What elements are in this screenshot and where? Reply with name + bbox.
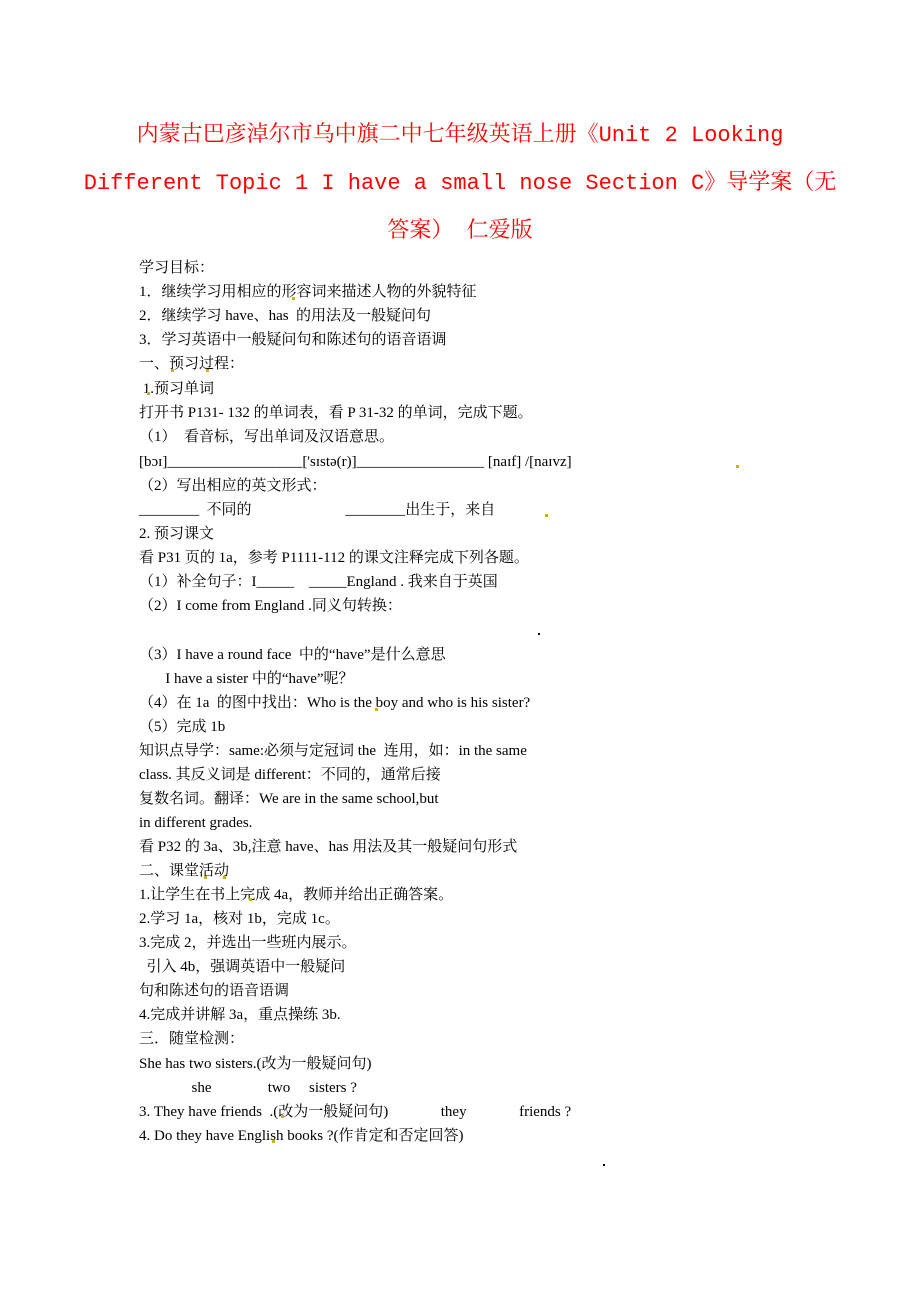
question-2: （2）I come from England .同义句转换： xyxy=(139,594,402,618)
section-2-heading: 二、课堂活动 xyxy=(139,859,229,883)
phonetics-line: [bɔɪ]__________________['sɪstə(r)]______… xyxy=(139,450,572,474)
activity-2: 2.学习 1a，核对 1b，完成 1c。 xyxy=(139,907,340,931)
knowledge-line-3: 复数名词。翻译：We are in the same school,but xyxy=(139,787,439,811)
activity-3c: 句和陈述句的语音语调 xyxy=(139,979,289,1003)
question-5: （5）完成 1b xyxy=(139,715,225,739)
artifact-dot xyxy=(603,1164,605,1166)
artifact-dot xyxy=(545,514,548,517)
knowledge-line-1: 知识点导学：same:必须与定冠词 the 连用，如：in the same xyxy=(139,739,527,763)
artifact-dot xyxy=(206,369,209,372)
artifact-dot xyxy=(292,297,295,300)
objective-1: 1．继续学习用相应的形容词来描述人物的外貌特征 xyxy=(139,280,477,304)
task-1: （1） 看音标，写出单词及汉语意思。 xyxy=(139,425,394,449)
activity-4: 4.完成并讲解 3a，重点操练 3b. xyxy=(139,1003,341,1027)
document-title-line-3: 答案） 仁爱版 xyxy=(0,208,920,256)
preview-text-instruction: 看 P31 页的 1a，参考 P1111-112 的课文注释完成下列各题。 xyxy=(139,546,529,570)
question-1: （1）补全句子：I_____ _____England . 我来自于英国 xyxy=(139,570,498,594)
question-3b: I have a sister 中的“have”呢？ xyxy=(139,667,354,691)
artifact-dot xyxy=(538,633,540,635)
preview-words-heading: 1.预习单词 xyxy=(139,377,214,401)
section-3-heading: 三．随堂检测： xyxy=(139,1027,244,1051)
document-title-line-1: 内蒙古巴彦淖尔市乌中旗二中七年级英语上册《Unit 2 Looking xyxy=(0,112,920,160)
activity-3b: 引入 4b，强调英语中一般疑问 xyxy=(139,955,345,979)
test-4: 4. Do they have English books ?(作肯定和否定回答… xyxy=(139,1124,464,1148)
activity-3: 3.完成 2，并选出一些班内展示。 xyxy=(139,931,357,955)
task-2-blanks: ________ 不同的 ________出生于，来自 xyxy=(139,498,495,522)
test-1: She has two sisters.(改为一般疑问句) xyxy=(139,1052,372,1076)
knowledge-line-5: 看 P32 的 3a、3b,注意 have、has 用法及其一般疑问句形式 xyxy=(139,835,517,859)
artifact-dot xyxy=(249,898,252,901)
preview-text-heading: 2. 预习课文 xyxy=(139,522,214,546)
objective-2: 2．继续学习 have、has 的用法及一般疑问句 xyxy=(139,304,431,328)
artifact-dot xyxy=(736,465,739,468)
knowledge-line-2: class. 其反义词是 different：不同的，通常后接 xyxy=(139,763,441,787)
artifact-dot xyxy=(375,708,378,711)
preview-words-instruction: 打开书 P131- 132 的单词表，看 P 31-32 的单词，完成下题。 xyxy=(139,401,533,425)
artifact-dot xyxy=(171,369,174,372)
task-2: （2）写出相应的英文形式： xyxy=(139,474,327,498)
artifact-dot xyxy=(204,876,207,879)
document-title-line-2: Different Topic 1 I have a small nose Se… xyxy=(0,160,920,208)
artifact-dot xyxy=(272,1140,275,1143)
knowledge-line-4: in different grades. xyxy=(139,811,252,835)
question-3: （3）I have a round face 中的“have”是什么意思 xyxy=(139,643,446,667)
section-1-heading: 一、预习过程： xyxy=(139,352,244,376)
artifact-dot xyxy=(147,392,150,395)
objective-3: 3．学习英语中一般疑问句和陈述句的语音语调 xyxy=(139,328,447,352)
artifact-dot xyxy=(223,876,226,879)
test-3: 3. They have friends .(改为一般疑问句) they fri… xyxy=(139,1100,571,1124)
activity-1: 1.让学生在书上完成 4a，教师并给出正确答案。 xyxy=(139,883,453,907)
question-4: （4）在 1a 的图中找出：Who is the boy and who is … xyxy=(139,691,530,715)
test-1-answer: she two sisters ? xyxy=(139,1076,357,1100)
artifact-dot xyxy=(281,1115,284,1118)
objectives-heading: 学习目标： xyxy=(139,256,214,280)
